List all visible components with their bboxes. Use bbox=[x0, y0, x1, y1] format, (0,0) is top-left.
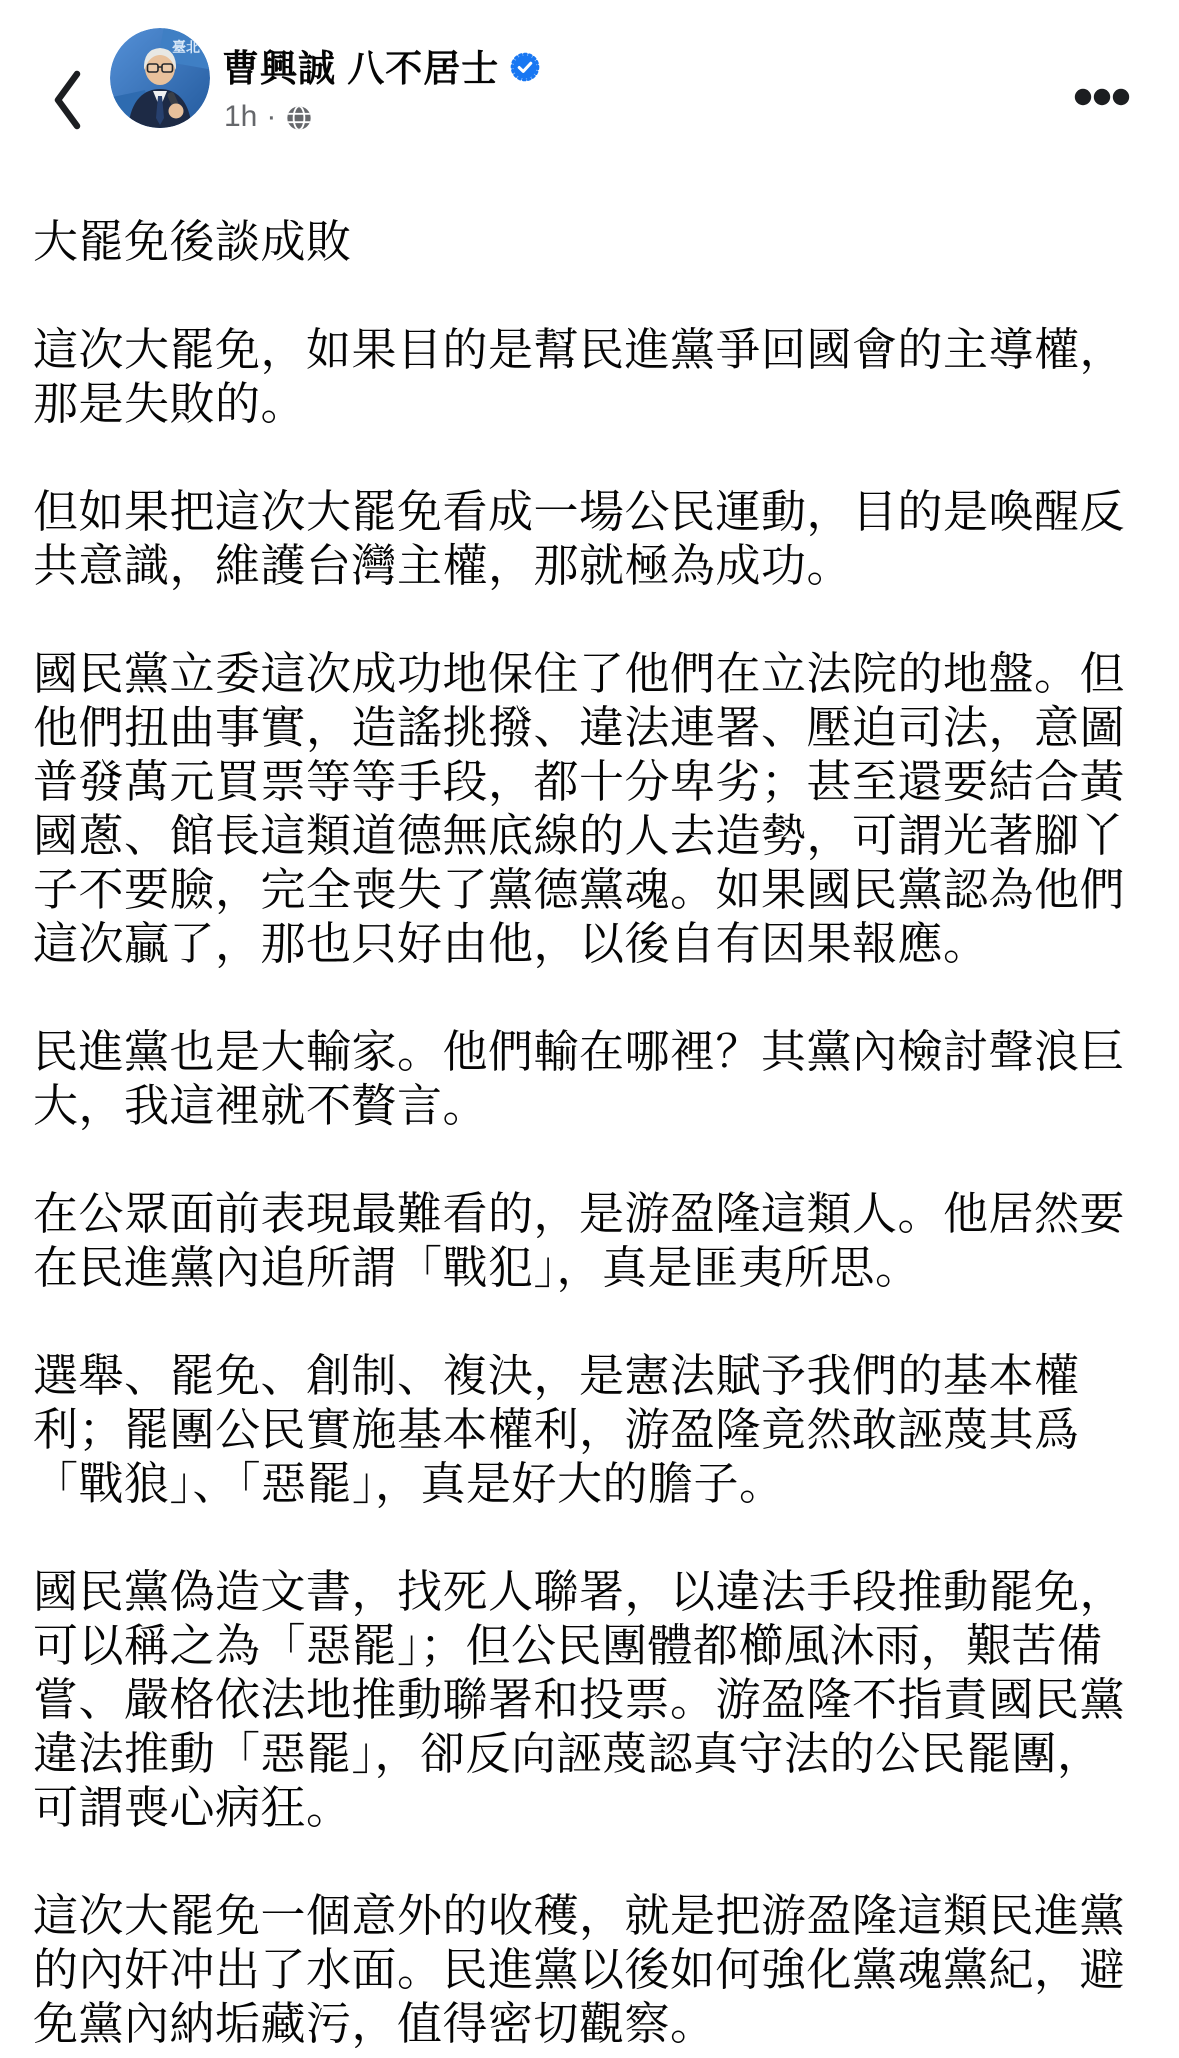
avatar[interactable]: 臺北 bbox=[110, 28, 210, 128]
facebook-post-screen: 臺北 曹興誠 八不居士 bbox=[0, 0, 1179, 2058]
post-paragraph: 民進黨也是大輸家。他們輸在哪裡？其黨內檢討聲浪巨大，我這裡就不贅言。 bbox=[33, 1025, 1146, 1133]
post-paragraph: 這次大罷免，如果目的是幫民進黨爭回國會的主導權，那是失敗的。 bbox=[33, 323, 1146, 431]
post-paragraph: 這次大罷免一個意外的收穫，就是把游盈隆這類民進黨的內奸冲出了水面。民進黨以後如何… bbox=[33, 1889, 1146, 2051]
ellipsis-icon bbox=[1074, 88, 1130, 106]
post-paragraph: 大罷免後談成敗 bbox=[33, 215, 1146, 269]
profile-name-row[interactable]: 曹興誠 八不居士 bbox=[222, 38, 541, 92]
post-paragraph: 國民黨立委這次成功地保住了他們在立法院的地盤。但他們扭曲事實，造謠挑撥、違法連署… bbox=[33, 647, 1146, 971]
audience-globe-icon bbox=[285, 104, 313, 132]
back-chevron-icon bbox=[53, 69, 83, 131]
post-header: 臺北 曹興誠 八不居士 bbox=[0, 0, 1179, 160]
post-paragraph: 在公眾面前表現最難看的，是游盈隆這類人。他居然要在民進黨內追所謂「戰犯」，真是匪… bbox=[33, 1187, 1146, 1295]
post-paragraph: 國民黨偽造文書，找死人聯署，以違法手段推動罷免，可以稱之為「惡罷」；但公民團體都… bbox=[33, 1565, 1146, 1835]
avatar-image: 臺北 bbox=[110, 28, 210, 128]
back-button[interactable] bbox=[36, 52, 100, 148]
post-paragraph: 選舉、罷免、創制、複決，是憲法賦予我們的基本權利；罷團公民實施基本權利，游盈隆竟… bbox=[33, 1349, 1146, 1511]
verified-badge-icon bbox=[509, 51, 541, 83]
post-paragraph: 但如果把這次大罷免看成一場公民運動，目的是喚醒反共意識，維護台灣主權，那就極為成… bbox=[33, 485, 1146, 593]
post-timestamp: 1h bbox=[224, 100, 257, 134]
profile-name[interactable]: 曹興誠 八不居士 bbox=[222, 38, 499, 92]
avatar-backdrop-text: 臺北 bbox=[172, 39, 200, 55]
post-body: 大罷免後談成敗 這次大罷免，如果目的是幫民進黨爭回國會的主導權，那是失敗的。 但… bbox=[0, 160, 1179, 2051]
more-options-button[interactable] bbox=[1054, 62, 1150, 132]
meta-separator: · bbox=[266, 100, 276, 134]
post-meta-row: 1h · bbox=[224, 100, 313, 134]
